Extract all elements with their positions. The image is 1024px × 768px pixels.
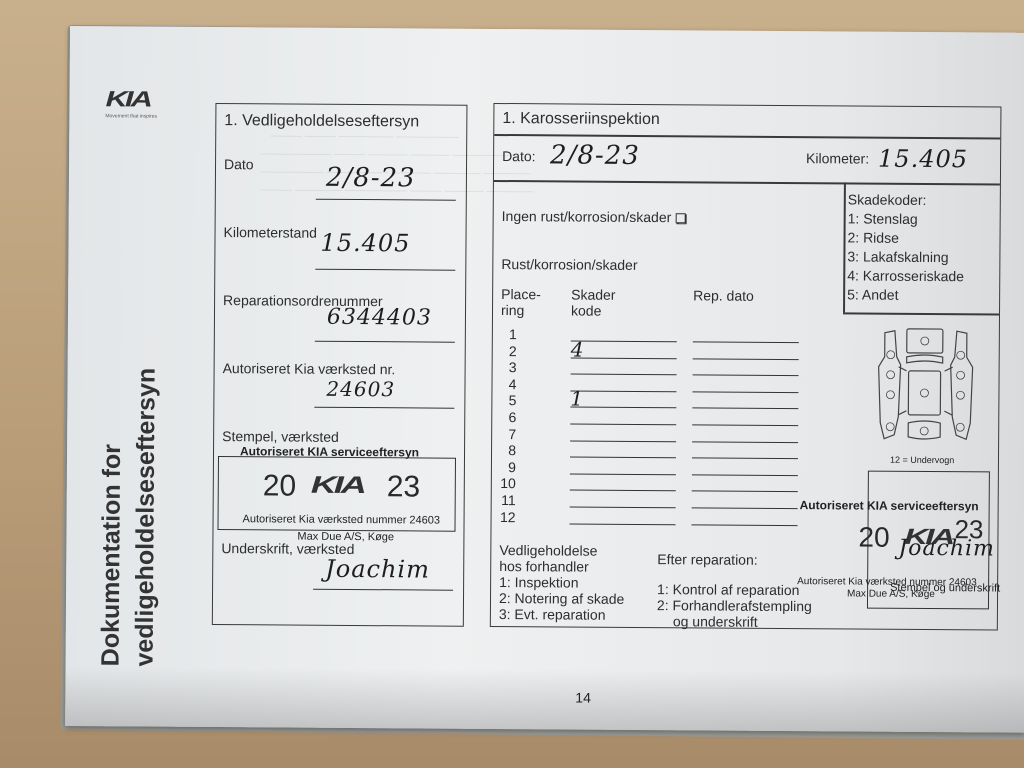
col-damage-code: Skader kode — [571, 287, 616, 319]
row-code-line — [571, 357, 677, 359]
after-repair-step-1: 1: Kontrol af reparation — [657, 581, 812, 598]
row-placement: 9 — [492, 459, 516, 476]
col-rep-date: Rep. dato — [693, 287, 754, 303]
col-placement: Place- ring — [501, 286, 541, 318]
date-line — [316, 199, 456, 201]
dealer-step-3: 3: Evt. reparation — [499, 606, 624, 623]
damage-label: Rust/korrosion/skader — [501, 256, 637, 273]
stamp-workshop-line: Autoriseret Kia værksted nummer 24603 — [243, 513, 441, 526]
maintenance-title: 1. Vedligeholdelseseftersyn — [224, 112, 419, 131]
row-code-line — [570, 440, 676, 442]
no-damage-label: Ingen rust/korrosion/skader — [502, 208, 686, 225]
row-code-line — [570, 506, 676, 508]
dealer-signature[interactable]: Joachim — [898, 536, 995, 562]
row-rep-date-line[interactable] — [692, 391, 798, 393]
divider — [494, 134, 1000, 139]
row-placement: 3 — [493, 359, 517, 376]
row-code-line — [570, 473, 676, 475]
damage-code-3: 3: Lakafskalning — [847, 247, 964, 267]
signature-line — [313, 589, 453, 591]
row-code-line — [570, 457, 676, 459]
stamp-year-left: 20 — [263, 469, 297, 503]
divider — [843, 182, 845, 312]
row-code-line — [570, 490, 676, 492]
km-label: Kilometerstand — [224, 224, 318, 241]
after-repair-step-2: 2: Forhandlerafstempling — [657, 597, 812, 614]
dealer-steps-title: Vedligeholdelse hos forhandler — [499, 542, 597, 575]
kia-logo-mark: KIA — [105, 86, 150, 112]
row-placement: 7 — [492, 426, 516, 443]
row-code-line — [571, 374, 677, 376]
row-code-line — [570, 424, 676, 426]
order-line — [315, 341, 455, 343]
stamp-kia-logo: KIA — [311, 472, 364, 500]
divider — [843, 312, 999, 315]
after-repair-steps: 1: Kontrol af reparation 2: Forhandleraf… — [657, 581, 812, 630]
row-rep-date-line[interactable] — [692, 408, 798, 410]
row-placement: 10 — [492, 475, 516, 492]
no-damage-text: Ingen rust/korrosion/skader — [502, 208, 672, 225]
body-km-value[interactable]: 15.405 — [878, 145, 968, 174]
km-value[interactable]: 15.405 — [320, 229, 410, 258]
body-date-value[interactable]: 2/8-23 — [550, 140, 640, 171]
body-inspection-title: 1. Karosseriinspektion — [502, 110, 660, 129]
workshop-line — [314, 407, 454, 409]
booklet-page: ──── ──── ─────── ──────── ───────── ───… — [65, 26, 1024, 733]
divider — [494, 180, 1000, 185]
date-value[interactable]: 2/8-23 — [326, 163, 416, 194]
row-rep-date-line[interactable] — [693, 358, 799, 360]
row-placement: 4 — [492, 376, 516, 393]
after-repair-title: Efter reparation: — [657, 551, 757, 568]
dealer-stamp-title: Autoriseret KIA serviceeftersyn — [800, 498, 979, 513]
row-rep-date-line[interactable] — [693, 341, 799, 343]
row-placement: 6 — [492, 409, 516, 426]
damage-code-2: 2: Ridse — [847, 228, 964, 248]
maintenance-box: 1. Vedligeholdelseseftersyn Dato 2/8-23 … — [212, 103, 468, 627]
after-repair-step-3: og underskrift — [657, 613, 812, 630]
dealer-step-2: 2: Notering af skade — [499, 590, 624, 607]
kia-logo: KIA Movement that inspires — [105, 86, 157, 119]
stamp-label: Stempel, værksted — [222, 428, 339, 445]
dealer-stamp-workshop-line: Autoriseret Kia værksted nummer 24603 — [797, 576, 977, 588]
side-title: Dokumentation for vedligeholdelsesefters… — [94, 367, 164, 666]
damage-codes-title: Skadekoder: — [848, 190, 965, 210]
row-rep-date-line[interactable] — [692, 491, 798, 493]
row-rep-date-line[interactable] — [693, 375, 799, 377]
page-number: 14 — [575, 690, 591, 706]
row-placement: 8 — [492, 442, 516, 459]
body-km-label: Kilometer: — [806, 150, 869, 166]
side-title-line1: Dokumentation for — [94, 367, 130, 666]
row-code-line — [571, 341, 677, 343]
car-diagram-icon — [870, 327, 981, 448]
no-damage-checkbox[interactable] — [675, 214, 685, 224]
row-rep-date-line[interactable] — [692, 458, 798, 460]
row-code-line — [570, 523, 676, 525]
row-placement: 1 — [493, 326, 517, 343]
row-rep-date-line[interactable] — [692, 507, 798, 509]
row-placement: 2 — [493, 343, 517, 360]
signature-value[interactable]: Joachim — [325, 555, 430, 584]
row-code-line — [570, 390, 676, 392]
workshop-stamp: 20 KIA 23 Autoriseret Kia værksted numme… — [217, 456, 456, 532]
row-code-line — [570, 407, 676, 409]
date-label: Dato — [224, 156, 254, 172]
row-rep-date-line[interactable] — [692, 424, 798, 426]
body-date-label: Dato: — [502, 148, 536, 164]
damage-table: 12434516789101112 — [494, 104, 1000, 108]
damage-code-1: 1: Stenslag — [848, 209, 965, 229]
kia-tagline: Movement that inspires — [105, 113, 157, 119]
row-rep-date-line[interactable] — [692, 524, 798, 526]
dealer-stamp-year-left: 20 — [858, 522, 889, 554]
dealer-step-1: 1: Inspektion — [499, 574, 624, 591]
body-inspection-box: 1. Karosseriinspektion Dato: 2/8-23 Kilo… — [490, 103, 1002, 631]
damage-code-4: 4: Karrosseriskade — [847, 266, 964, 286]
row-placement: 5 — [492, 392, 516, 409]
row-placement: 11 — [492, 492, 516, 509]
damage-code-5: 5: Andet — [847, 285, 964, 305]
km-line — [315, 269, 455, 271]
side-title-line2: vedligeholdelseseftersyn — [128, 368, 164, 667]
row-rep-date-line[interactable] — [692, 474, 798, 476]
row-rep-date-line[interactable] — [692, 441, 798, 443]
order-value[interactable]: 6344403 — [327, 305, 432, 331]
dealer-steps: 1: Inspektion 2: Notering af skade 3: Ev… — [499, 574, 625, 623]
dealer-stamp-dealer-line: Max Due A/S, Køge — [847, 588, 935, 600]
row-placement: 12 — [492, 509, 516, 526]
diagram-caption: 12 = Undervogn — [890, 455, 954, 465]
workshop-value[interactable]: 24603 — [326, 377, 395, 401]
page-shade — [65, 666, 1024, 733]
damage-codes: Skadekoder: 1: Stenslag 2: Ridse 3: Laka… — [847, 190, 965, 305]
workshop-label: Autoriseret Kia værksted nr. — [223, 360, 396, 377]
stamp-year-right: 23 — [387, 470, 421, 504]
